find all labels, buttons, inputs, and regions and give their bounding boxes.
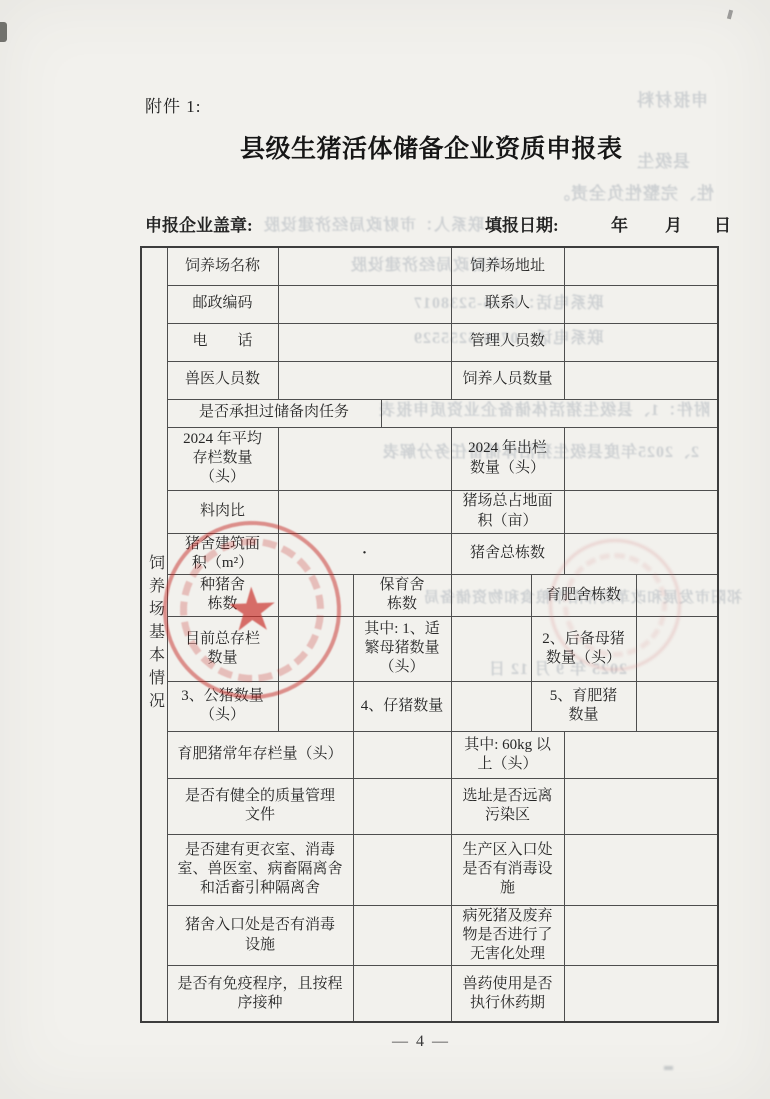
feed-meat-ratio-label: 料肉比 — [167, 490, 278, 533]
immunization-label: 是否有免疫程序，且按程 序接种 — [167, 966, 353, 1022]
bleedthrough-text: 县级生 — [636, 147, 690, 172]
production-entrance-value — [564, 834, 718, 905]
scan-artifact-smudge — [664, 1066, 673, 1070]
land-area-label: 猪场总占地面 积（亩） — [451, 490, 564, 533]
drug-withdrawal-label: 兽药使用是否 执行休药期 — [451, 966, 564, 1022]
bleedthrough-text: 联系人：市财政局经济建设股 — [263, 212, 484, 235]
over-60kg-label: 其中: 60kg 以 上（头） — [451, 731, 564, 778]
contact-person-value — [564, 285, 718, 323]
avg-inventory-2024-value — [278, 427, 451, 490]
breeding-houses-value — [278, 574, 353, 616]
month-label: 月 — [665, 211, 682, 236]
breeding-sows-label: 其中: 1、适 繁母猪数量 （头） — [353, 616, 451, 681]
scan-artifact-tick — [727, 10, 733, 20]
managers-count-value — [564, 323, 718, 361]
attachment-label: 附件 1: — [145, 92, 201, 117]
fattening-pigs-value — [636, 681, 718, 731]
rooms-built-label: 是否建有更衣室、消毒 室、兽医室、病畜隔离舍 和活畜引种隔离舍 — [167, 834, 353, 905]
farm-address-label: 饲养场地址 — [451, 247, 564, 285]
postal-code-value — [278, 285, 451, 323]
postal-code-label: 邮政编码 — [167, 285, 278, 323]
vet-staff-value — [278, 361, 451, 399]
feed-meat-ratio-value — [278, 490, 451, 533]
reserve-sows-label: 2、后备母猪 数量（头） — [531, 616, 636, 681]
vet-staff-label: 兽医人员数 — [167, 361, 278, 399]
building-area-value: · — [278, 533, 451, 574]
scan-artifact-corner — [0, 22, 7, 42]
pigsty-entrance-value — [353, 905, 451, 966]
over-60kg-value — [564, 731, 718, 778]
total-buildings-label: 猪舍总栋数 — [451, 533, 564, 574]
feeders-count-label: 饲养人员数量 — [451, 361, 564, 399]
application-form-table: 饲养场基本情况 饲养场名称 饲养场地址 邮政编码 联系人 电 话 管理人员数 兽… — [140, 246, 719, 1023]
breeding-houses-label: 种猪舍 栋数 — [167, 574, 278, 616]
quality-docs-value — [353, 778, 451, 834]
reserve-task-value — [381, 399, 718, 427]
reserve-task-label: 是否承担过储备肉任务 — [167, 399, 381, 427]
quality-docs-label: 是否有健全的质量管理 文件 — [167, 778, 353, 834]
annual-fattening-value — [353, 731, 451, 778]
fattening-houses-label: 育肥舍栋数 — [531, 574, 636, 616]
piglets-label: 4、仔猪数量 — [353, 681, 451, 731]
immunization-value — [353, 966, 451, 1022]
output-2024-value — [564, 427, 718, 490]
pigsty-entrance-label: 猪舍入口处是否有消毒 设施 — [167, 905, 353, 966]
nursery-houses-label: 保育舍 栋数 — [353, 574, 451, 616]
enterprise-seal-label: 申报企业盖章: — [145, 211, 253, 236]
output-2024-label: 2024 年出栏 数量（头） — [451, 427, 564, 490]
bleedthrough-text: 性、完整性负全责。 — [552, 179, 714, 204]
page-title: 县级生猪活体储备企业资质申报表 — [240, 129, 623, 165]
nursery-houses-value — [451, 574, 531, 616]
land-area-value — [564, 490, 718, 533]
rooms-built-value — [353, 834, 451, 905]
managers-count-label: 管理人员数 — [451, 323, 564, 361]
farm-name-value — [278, 247, 451, 285]
carcass-disposal-value — [564, 905, 718, 966]
fattening-pigs-label: 5、育肥猪 数量 — [531, 681, 636, 731]
carcass-disposal-label: 病死猪及废弃 物是否进行了 无害化处理 — [451, 905, 564, 966]
building-area-label: 猪舍建筑面 积（m²） — [167, 533, 278, 574]
fattening-houses-value — [636, 574, 718, 616]
feeders-count-value — [564, 361, 718, 399]
contact-person-label: 联系人 — [451, 285, 564, 323]
phone-label: 电 话 — [167, 323, 278, 361]
bleedthrough-text: 申报材料 — [636, 86, 708, 111]
annual-fattening-label: 育肥猪常年存栏量（头） — [167, 731, 353, 778]
piglets-value — [451, 681, 531, 731]
phone-value — [278, 323, 451, 361]
farm-name-label: 饲养场名称 — [167, 247, 278, 285]
current-inventory-label: 目前总存栏 数量 — [167, 616, 278, 681]
production-entrance-label: 生产区入口处 是否有消毒设 施 — [451, 834, 564, 905]
boars-value — [278, 681, 353, 731]
drug-withdrawal-value — [564, 966, 718, 1022]
avg-inventory-2024-label: 2024 年平均 存栏数量 （头） — [167, 427, 278, 490]
section-side-label: 饲养场基本情况 — [141, 247, 167, 1022]
site-pollution-value — [564, 778, 718, 834]
day-label: 日 — [714, 211, 731, 236]
breeding-sows-value — [451, 616, 531, 681]
year-label: 年 — [611, 211, 628, 236]
page-number: — 4 — — [392, 1033, 450, 1051]
scanned-document-page: 申报材料县级生性、完整性负全责。联系人：市财政局经济建设股市财政局经济建设股联系… — [0, 0, 770, 1099]
total-buildings-value — [564, 533, 718, 574]
current-inventory-value — [278, 616, 353, 681]
boars-label: 3、公猪数量 （头） — [167, 681, 278, 731]
reserve-sows-value — [636, 616, 718, 681]
site-pollution-label: 选址是否远离 污染区 — [451, 778, 564, 834]
farm-address-value — [564, 247, 718, 285]
fill-date-label: 填报日期: — [485, 211, 559, 236]
farm-basic-info-label: 饲养场基本情况 — [144, 554, 164, 715]
